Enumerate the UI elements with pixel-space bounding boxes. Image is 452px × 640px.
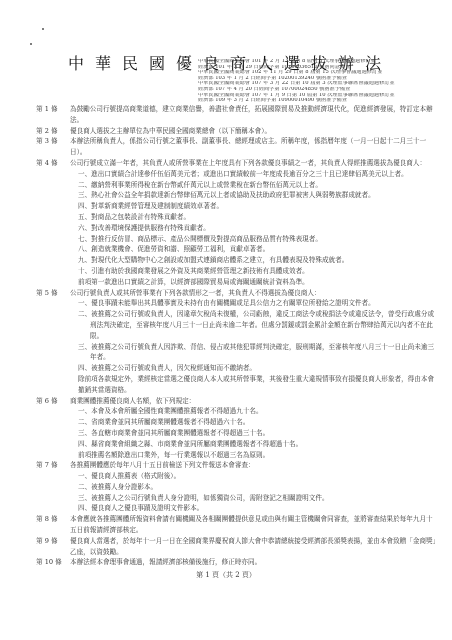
article-item: 四、縣省商業會組織之縣、市商業會並同所屬商業團體選報者不得超過十名。 xyxy=(78,439,436,450)
article-text: 為鼓勵公司行號提高商業道德，建立商業信譽，善盡社會責任，拓展國際貿易及推動經濟現… xyxy=(70,104,436,126)
article-number: 第 7 條 xyxy=(36,460,70,514)
article-item: 三、熱心社會公益全年捐款達新台幣肆佰萬元以上者或協助及扶助政府犯罪被害人與弱勢族… xyxy=(78,190,436,201)
article-item: 四、對革新商業經營管理及建制制度績效卓著者。 xyxy=(78,201,436,212)
article-text: 商業團體推薦優良商人名額，依下列規定： xyxy=(70,396,436,407)
article-text: 本辦法所稱負責人，係指公司行號之董事長、副董事長、總經理或店主。所稱年度，係指曆… xyxy=(70,136,436,158)
article-number: 第 2 條 xyxy=(36,126,70,137)
article-item: 九、對現代化大型購物中心之創設或加盟式連鎖商店體系之建立，有具體表現及特殊成就者… xyxy=(78,255,436,266)
article-10: 第 10 條 本辦法經本會理事會通過，報請經濟部核備後施行，修正時亦同。 xyxy=(36,557,436,568)
article-item: 七、對推行反仿冒、商品標示、產品公開標價及對提高商品服務品質有特殊表現者。 xyxy=(78,234,436,245)
article-item: 三、被推薦之公司行號負責人因詐欺、背信、侵占或其他犯罪經判決確定，服刑期滿，至審… xyxy=(78,342,436,364)
article-5: 第 5 條 公司行號負責人或其所營事業有下列各款情形之一者，其負責人不得選拔為優… xyxy=(36,288,436,396)
article-number: 第 6 條 xyxy=(36,396,70,461)
article-item: 三、被推薦人之公司行號負責人身分證明，如係獨資公司，需附登記之相關證明文件。 xyxy=(78,493,436,504)
article-text: 公司行號負責人或其所營事業有下列各款情形之一者，其負責人不得選拔為優良商人： xyxy=(70,288,436,299)
article-item: 二、被推薦之公司行號或負責人，因違章欠稅尚未復權，公司虧蝕，違反工商法令或稅捐法… xyxy=(78,309,436,341)
article-number: 第 8 條 xyxy=(36,514,70,536)
articles-list: 第 1 條 為鼓勵公司行號提高商業道德，建立商業信譽，善盡社會責任，拓展國際貿易… xyxy=(36,104,436,568)
article-item: 十、引進有助於我國商業發展之外資及其商業經營管理之新技術有具體成效者。 xyxy=(78,266,436,277)
article-item: 一、優良商人推薦表（格式附後）。 xyxy=(78,471,436,482)
article-note: 前項推薦名額除進出口業外，每一行業選報以不超過三名為原則。 xyxy=(78,450,436,461)
page-number: 第 1 頁（共 2 頁） xyxy=(0,570,452,580)
article-6: 第 6 條 商業團體推薦優良商人名額，依下列規定： 一、本會及本會所屬全國性商業… xyxy=(36,396,436,461)
article-item: 六、對改善環境保護提供服務有特殊貢獻者。 xyxy=(78,223,436,234)
article-note: 除前項各款規定外，業經核定當選之優良商人本人或其所營事業，其後發生重大違規情事致… xyxy=(78,374,436,396)
article-text: 優良商人選拔之主辦單位為中華民國全國商業總會（以下簡稱本會）。 xyxy=(70,126,436,137)
article-item: 四、優良商人之優良事蹟及證明文件影本。 xyxy=(78,503,436,514)
article-text: 本辦法經本會理事會通過，報請經濟部核備後施行，修正時亦同。 xyxy=(70,557,436,568)
article-item: 八、創造就業機會、促進勞資和諧、照顧勞工福利，貢獻卓著者。 xyxy=(78,244,436,255)
article-9: 第 9 條 優良商人當選者，於每年十一月一日在全國商業界慶祝商人節大會中恭請總統… xyxy=(36,536,436,558)
article-number: 第 10 條 xyxy=(36,557,70,568)
article-item: 五、對商品之包裝設計有特殊貢獻者。 xyxy=(78,212,436,223)
article-number: 第 3 條 xyxy=(36,136,70,158)
article-item: 四、被推薦之公司行號或負責人，因欠稅經通知而不繳納者。 xyxy=(78,363,436,374)
article-text: 本會應就各推薦團體所報資料會請有關機關及各相關團體提供意見或由與有關主管機關會同… xyxy=(70,514,436,536)
article-number: 第 1 條 xyxy=(36,104,70,126)
article-item: 二、被推薦人身分證影本。 xyxy=(78,482,436,493)
article-text: 各推薦團體應於每年八月十五日前檢送下列文件報送本會審查： xyxy=(70,460,436,471)
article-text: 優良商人當選者，於每年十一月一日在全國商業界慶祝商人節大會中恭請總統接受經濟部長… xyxy=(70,536,436,558)
article-item: 二、繳納營利事業所得稅在新台幣貳仟萬元以上或營業稅在新台幣伍佰萬元以上者。 xyxy=(78,180,436,191)
article-item: 三、各直轄市商業會並同其所屬商業團體選報者不得超過三十名。 xyxy=(78,428,436,439)
article-4: 第 4 條 公司行號成立滿一年者，其負責人或所營事業在上年度具有下列各款優良事績… xyxy=(36,158,436,288)
article-item: 一、進出口實績合計達參仟伍佰萬美元者；或進出口實績較前一年度成長逾百分之三十且已… xyxy=(78,169,436,180)
article-1: 第 1 條 為鼓勵公司行號提高商業道德，建立商業信譽，善盡社會責任，拓展國際貿易… xyxy=(36,104,436,126)
article-note: 前項第一款進出口實績之計算，以經濟部國際貿易局或海關通關統計資料為準。 xyxy=(78,277,436,288)
scan-speck xyxy=(42,28,44,30)
amendment-history: 中華民國全國商業總會 101 年 2 月 13 日第 8 屆第 8 次理事會議通… xyxy=(198,59,430,104)
article-item: 一、優良事蹟未能舉出其具體事實及未持有由有關機關或足具公信力之有關單位所發給之證… xyxy=(78,298,436,309)
article-item: 一、本會及本會所屬全國性商業團體推薦報者不得超過九十名。 xyxy=(78,406,436,417)
history-line: 經濟部 109 年 3 月 2 日經商字第 10900010490 號函准予備查 xyxy=(198,98,430,104)
article-7: 第 7 條 各推薦團體應於每年八月十五日前檢送下列文件報送本會審查： 一、優良商… xyxy=(36,460,436,514)
article-3: 第 3 條 本辦法所稱負責人，係指公司行號之董事長、副董事長、總經理或店主。所稱… xyxy=(36,136,436,158)
article-number: 第 5 條 xyxy=(36,288,70,396)
scan-speck xyxy=(30,43,32,45)
article-8: 第 8 條 本會應就各推薦團體所報資料會請有關機關及各相關團體提供意見或由與有關… xyxy=(36,514,436,536)
article-text: 公司行號成立滿一年者，其負責人或所營事業在上年度具有下列各款優良事績之一者，其負… xyxy=(70,158,436,169)
article-number: 第 9 條 xyxy=(36,536,70,558)
article-item: 二、省商業會並同其所屬商業團體選報者不得超過六十名。 xyxy=(78,417,436,428)
article-2: 第 2 條 優良商人選拔之主辦單位為中華民國全國商業總會（以下簡稱本會）。 xyxy=(36,126,436,137)
article-number: 第 4 條 xyxy=(36,158,70,288)
